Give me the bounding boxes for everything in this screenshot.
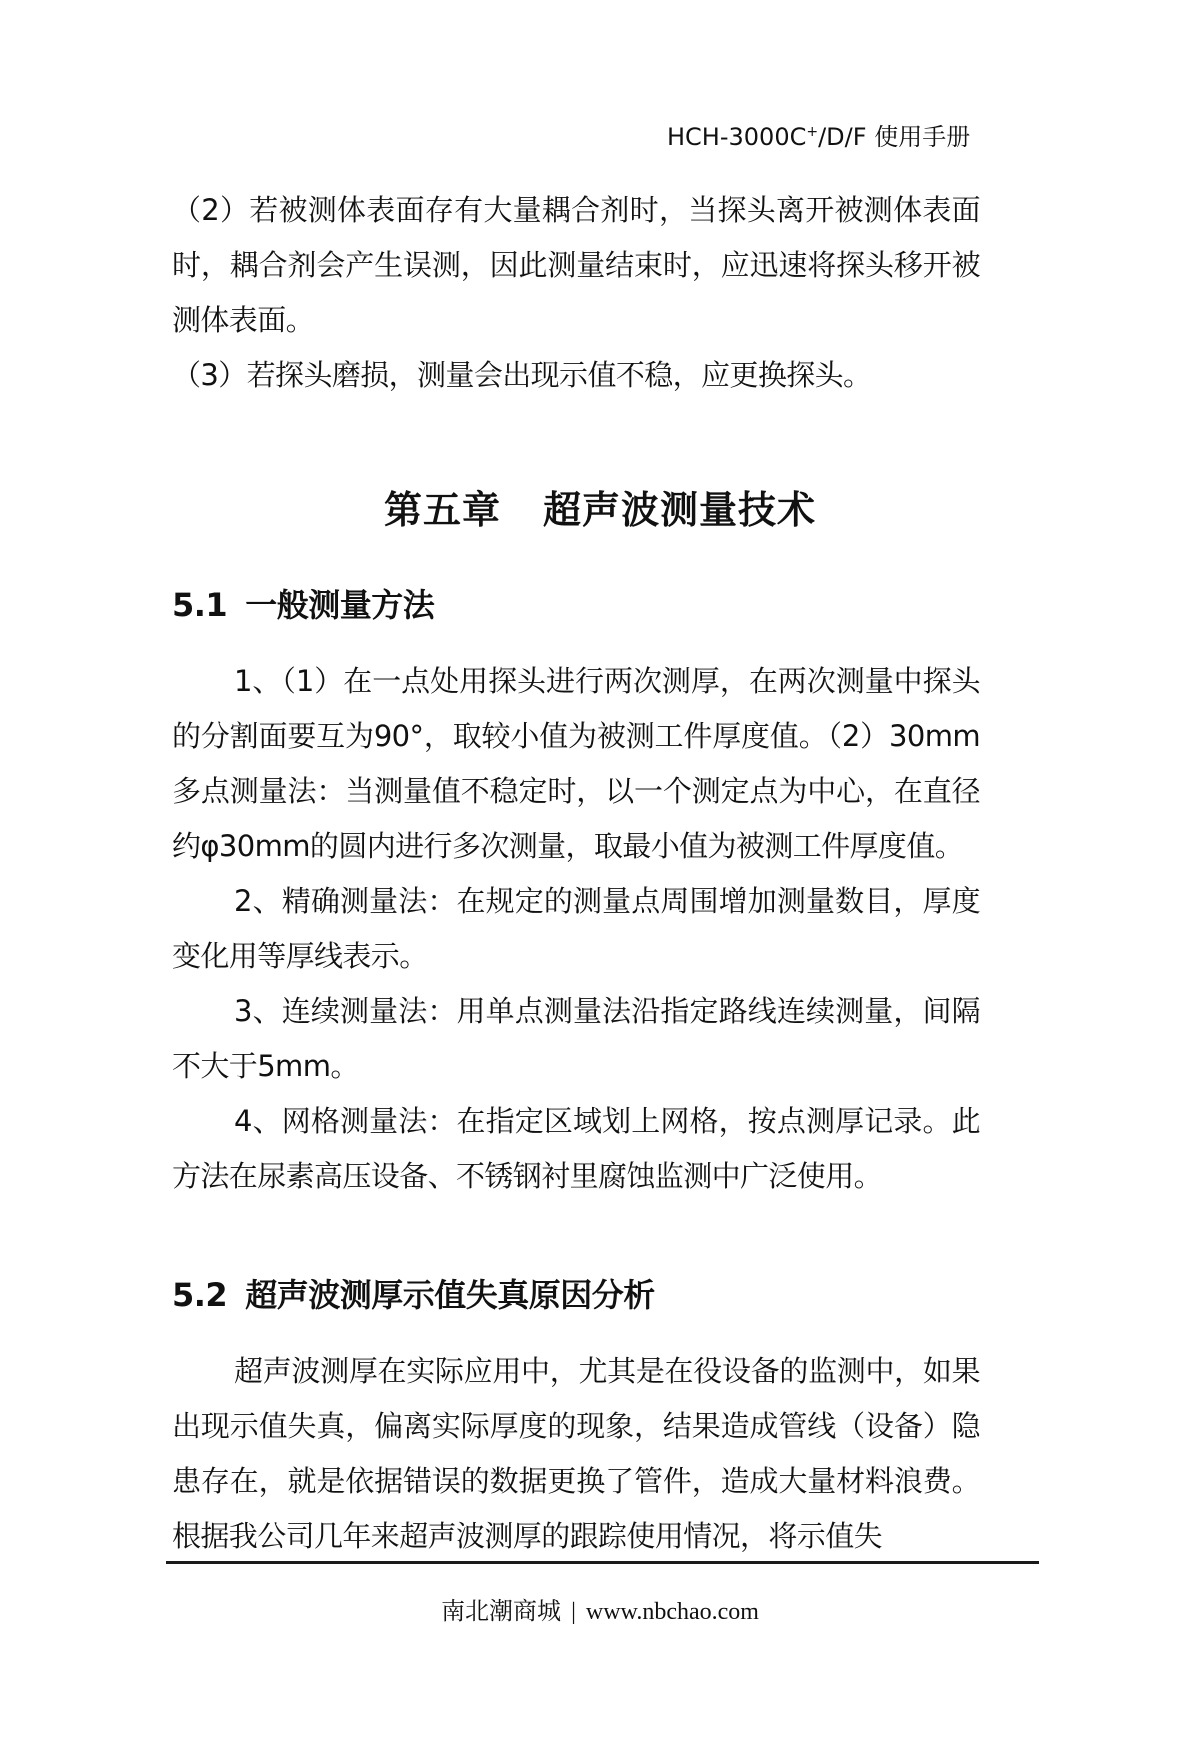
paragraph-note-2: （2）若被测体表面存有大量耦合剂时，当探头离开被测体表面时，耦合剂会产生误测，因… (172, 183, 980, 348)
paragraph-method-1: 1、（1）在一点处用探头进行两次测厚，在两次测量中探头的分割面要互为90°，取较… (172, 654, 980, 874)
chapter-number: 第五章 (384, 488, 501, 532)
section-name: 超声波测厚示值失真原因分析 (245, 1276, 655, 1314)
section-5-2: 5.2超声波测厚示值失真原因分析 超声波测厚在实际应用中，尤其是在役设备的监测中… (172, 1270, 980, 1564)
page-footer: 南北潮商城|www.nbchao.com (0, 1595, 1200, 1629)
section-title: 5.2超声波测厚示值失真原因分析 (172, 1270, 980, 1320)
header-superscript: + (806, 124, 818, 140)
footer-separator: | (571, 1599, 576, 1625)
page-header: HCH-3000C+/D/F 使用手册 (667, 116, 970, 153)
header-model-suffix: /D/F (818, 123, 866, 151)
chapter-title: 第五章超声波测量技术 (0, 482, 1200, 538)
section-number: 5.2 (172, 1276, 227, 1314)
section-5-1: 5.1一般测量方法 1、（1）在一点处用探头进行两次测厚，在两次测量中探头的分割… (172, 580, 980, 1204)
footer-divider (166, 1561, 1039, 1564)
footer-url[interactable]: www.nbchao.com (586, 1599, 759, 1625)
section-title: 5.1一般测量方法 (172, 580, 980, 630)
paragraph-method-3: 3、连续测量法：用单点测量法沿指定路线连续测量，间隔不大于5mm。 (172, 984, 980, 1094)
section-number: 5.1 (172, 586, 227, 624)
header-model: HCH-3000C (667, 123, 806, 151)
paragraph-method-2: 2、精确测量法：在规定的测量点周围增加测量数目，厚度变化用等厚线表示。 (172, 874, 980, 984)
paragraph-method-4: 4、网格测量法：在指定区域划上网格，按点测厚记录。此方法在尿素高压设备、不锈钢衬… (172, 1094, 980, 1204)
section-name: 一般测量方法 (245, 586, 434, 624)
header-title: 使用手册 (874, 123, 970, 151)
page-content: （2）若被测体表面存有大量耦合剂时，当探头离开被测体表面时，耦合剂会产生误测，因… (172, 183, 980, 403)
footer-site-name: 南北潮商城 (441, 1599, 561, 1625)
chapter-name: 超声波测量技术 (543, 488, 816, 532)
paragraph-note-3: （3）若探头磨损，测量会出现示值不稳，应更换探头。 (172, 348, 980, 403)
paragraph-distortion-intro: 超声波测厚在实际应用中，尤其是在役设备的监测中，如果出现示值失真，偏离实际厚度的… (172, 1344, 980, 1564)
